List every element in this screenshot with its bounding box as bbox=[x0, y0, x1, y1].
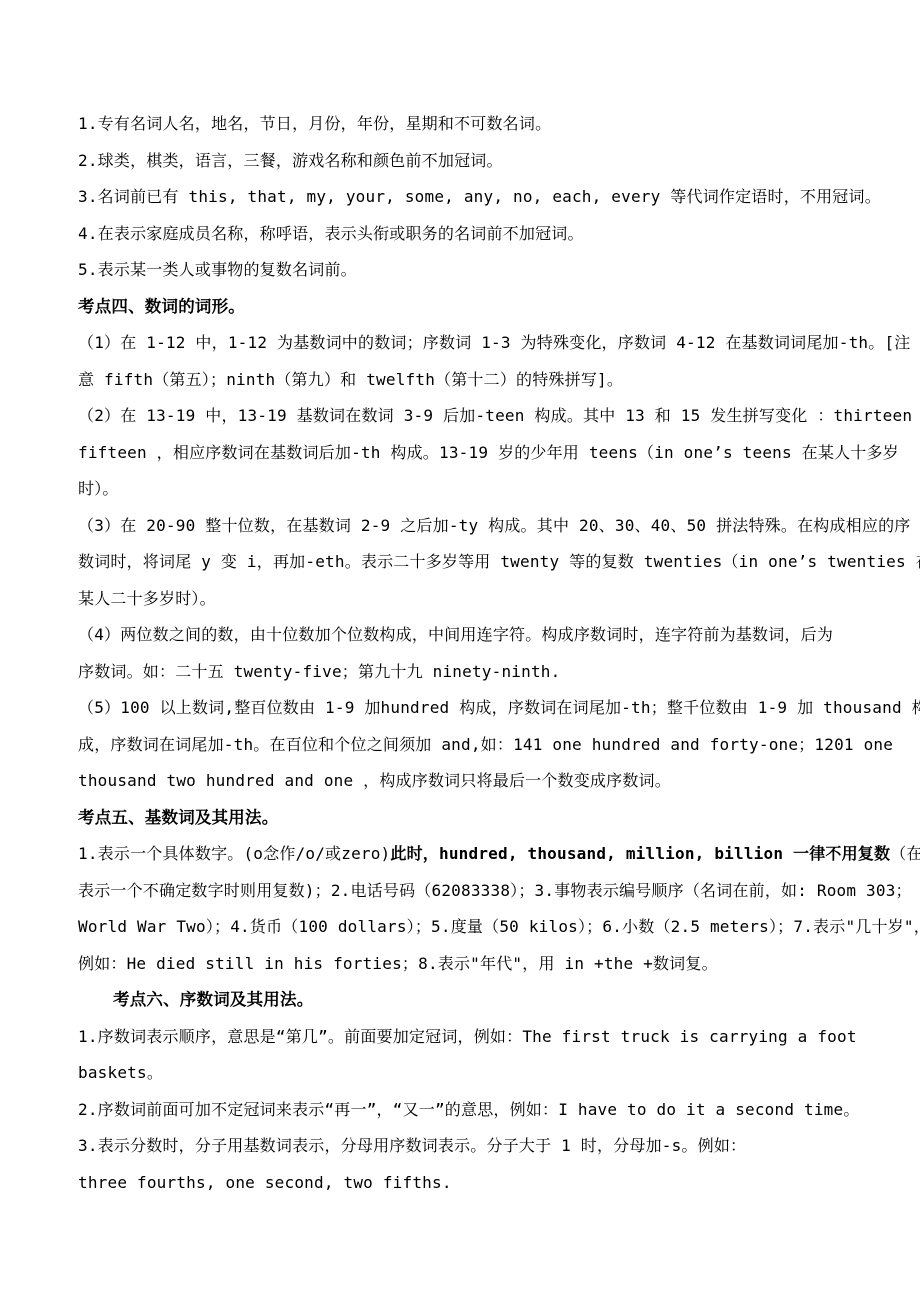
text-line: thousand two hundred and one ，构成序数词只将最后一… bbox=[78, 763, 853, 800]
text-line: 成，序数词在词尾加-th。在百位和个位之间须加 and,如：141 one hu… bbox=[78, 727, 853, 764]
document-content: 1.专有名词人名，地名，节日，月份，年份，星期和不可数名词。2.球类，棋类，语言… bbox=[78, 106, 853, 1201]
text-line: 序数词。如：二十五 twenty-five；第九十九 ninety-ninth. bbox=[78, 654, 853, 691]
text-line: （2）在 13-19 中，13-19 基数词在数词 3-9 后加-teen 构成… bbox=[78, 398, 853, 435]
text-line: 1.表示一个具体数字。(o念作/o/或zero)此时，hundred, thou… bbox=[78, 836, 853, 873]
text-line: 4.在表示家庭成员名称，称呼语，表示头衔或职务的名词前不加冠词。 bbox=[78, 216, 853, 253]
text-line: 3.名词前已有 this, that, my, your, some, any,… bbox=[78, 179, 853, 216]
text-line: 3.表示分数时，分子用基数词表示，分母用序数词表示。分子大于 1 时，分母加-s… bbox=[78, 1128, 853, 1165]
text-line: 2.序数词前面可加不定冠词来表示“再一”，“又一”的意思，例如：I have t… bbox=[78, 1092, 853, 1129]
text-line: 意 fifth（第五）；ninth（第九）和 twelfth（第十二）的特殊拼写… bbox=[78, 362, 853, 399]
text-line: （5）100 以上数词,整百位数由 1-9 加hundred 构成，序数词在词尾… bbox=[78, 690, 853, 727]
text-line: fifteen ，相应序数词在基数词后加-th 构成。13-19 岁的少年用 t… bbox=[78, 435, 853, 472]
text-run: （在 bbox=[890, 844, 920, 863]
text-line: 数词时，将词尾 y 变 i，再加-eth。表示二十多岁等用 twenty 等的复… bbox=[78, 544, 853, 581]
text-run: 1.表示一个具体数字。(o念作/o/或zero) bbox=[78, 844, 390, 863]
section-heading: 考点六、序数词及其用法。 bbox=[78, 982, 853, 1019]
document-page: 1.专有名词人名，地名，节日，月份，年份，星期和不可数名词。2.球类，棋类，语言… bbox=[0, 0, 920, 1302]
text-line: （4）两位数之间的数，由十位数加个位数构成，中间用连字符。构成序数词时，连字符前… bbox=[78, 617, 853, 654]
text-line: 例如：He died still in his forties；8.表示"年代"… bbox=[78, 946, 853, 983]
text-line: （1）在 1-12 中，1-12 为基数词中的数词；序数词 1-3 为特殊变化，… bbox=[78, 325, 853, 362]
text-line: 5.表示某一类人或事物的复数名词前。 bbox=[78, 252, 853, 289]
text-line: 某人二十多岁时）。 bbox=[78, 581, 853, 618]
text-line: World War Two）；4.货币（100 dollars）；5.度量（50… bbox=[78, 909, 853, 946]
text-line: 时）。 bbox=[78, 471, 853, 508]
section-heading: 考点四、数词的词形。 bbox=[78, 289, 853, 326]
text-line: baskets。 bbox=[78, 1055, 853, 1092]
text-line: 1.专有名词人名，地名，节日，月份，年份，星期和不可数名词。 bbox=[78, 106, 853, 143]
bold-text-run: 此时，hundred, thousand, million, billion 一… bbox=[390, 844, 890, 863]
text-line: （3）在 20-90 整十位数，在基数词 2-9 之后加-ty 构成。其中 20… bbox=[78, 508, 853, 545]
text-line: 2.球类，棋类，语言，三餐，游戏名称和颜色前不加冠词。 bbox=[78, 143, 853, 180]
text-line: three fourths, one second, two fifths. bbox=[78, 1165, 853, 1202]
text-line: 1.序数词表示顺序，意思是“第几”。前面要加定冠词，例如：The first t… bbox=[78, 1019, 853, 1056]
section-heading: 考点五、基数词及其用法。 bbox=[78, 800, 853, 837]
text-line: 表示一个不确定数字时则用复数)；2.电话号码（62083338）；3.事物表示编… bbox=[78, 873, 853, 910]
